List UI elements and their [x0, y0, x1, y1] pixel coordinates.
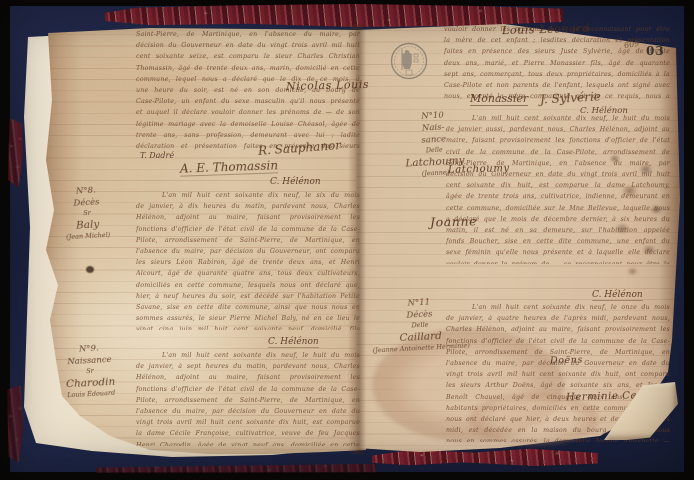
margin-note-act11: N°11 Décès Delle Caillard (Jeanne Antoin…	[367, 294, 474, 355]
ink-spot-left-page	[86, 266, 94, 273]
revenue-stamp-seal-icon	[389, 37, 429, 85]
signature-helenon-2: C. Hélénon	[268, 337, 319, 348]
page-number: 03	[646, 44, 665, 58]
archival-register-scan: Saint-Pierre, de Martinique, en l'absenc…	[0, 0, 694, 480]
margin-note-act10: N°10 Nais- sance Delle Latchoumy (Jeanne…	[400, 108, 467, 179]
act9-birth-record-text: L'an mil huit cent soixante dix neuf, le…	[136, 350, 360, 446]
act10-birth-record-text: L'an mil huit cent soixante dix neuf, le…	[446, 113, 670, 264]
margin-note-act9: N°9. Naissance Sr Charodin Louis Édouard	[49, 341, 132, 401]
signature-monassier: Monassier	[470, 92, 528, 106]
signature-helenon-4: C. Hélénon	[592, 290, 643, 301]
margin-note-act8: N°8. Décès Sr Baly (Jean Michel)	[51, 183, 124, 243]
act9-child-name: Louis Léonard	[502, 22, 590, 37]
act10-child-name: Joanne	[430, 213, 477, 229]
signature-dadre: T. Dadré	[140, 151, 174, 160]
signature-helenon-1: C. Hélénon	[270, 177, 321, 187]
act8-child-name: Nicolas Louis	[286, 78, 369, 93]
act11-witness-name: Doëns	[550, 355, 583, 367]
act8-death-record-text: L'an mil huit cent soixante dix neuf, le…	[136, 190, 360, 330]
